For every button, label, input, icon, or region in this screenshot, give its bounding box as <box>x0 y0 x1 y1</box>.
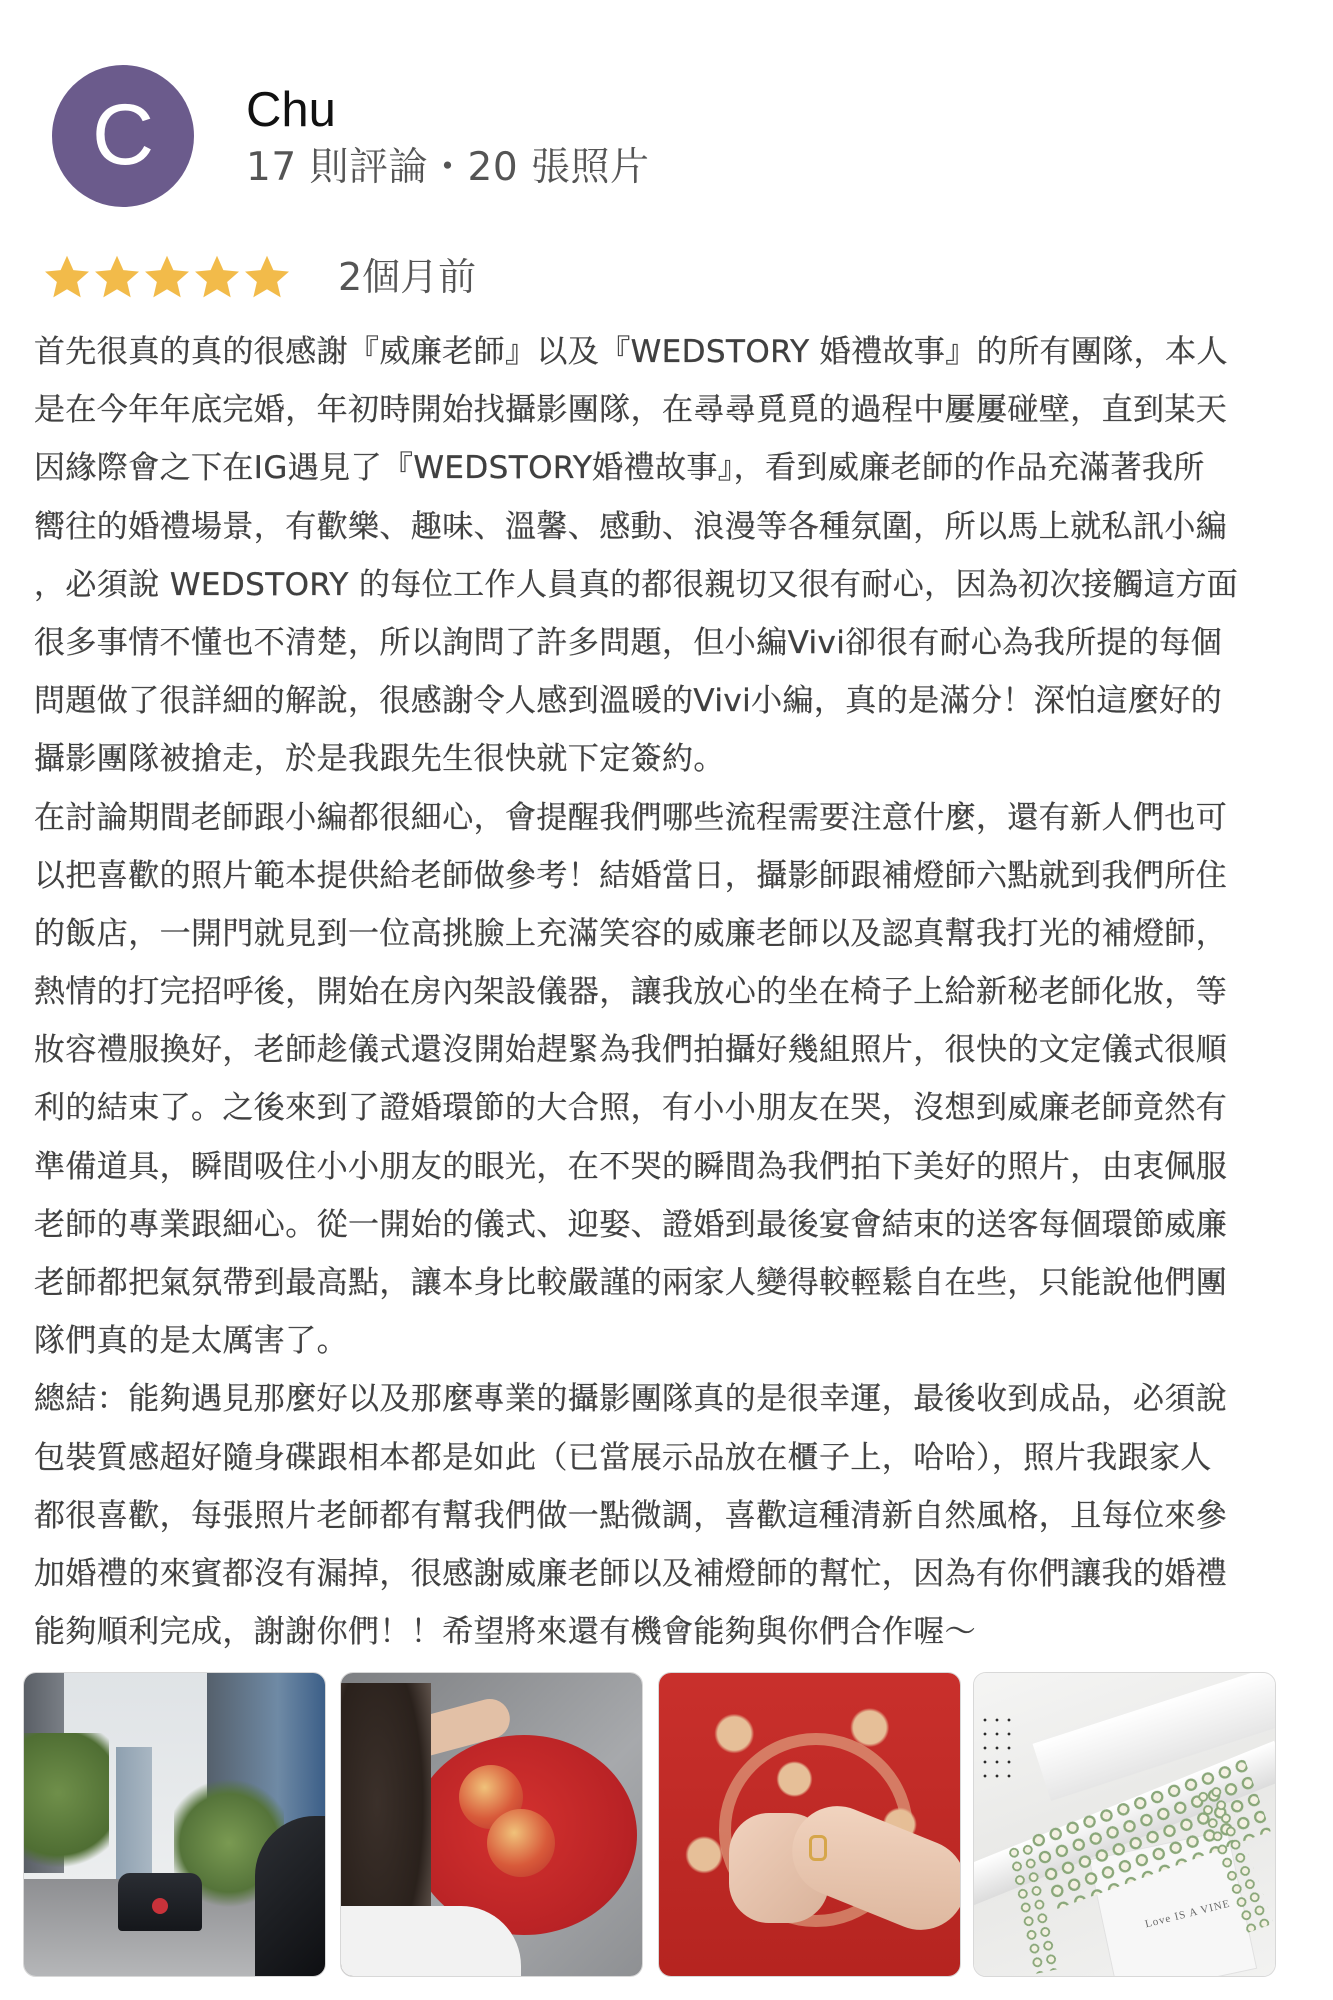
review-line: 老師的專業跟細心。從一開始的儀式、迎娶、證婚到最後宴會結束的送客每個環節威廉 <box>34 1196 1324 1254</box>
reviewer-name[interactable]: Chu <box>246 82 336 138</box>
review-line: 總結：能夠遇見那麼好以及那麼專業的攝影團隊真的是很幸運，最後收到成品，必須說 <box>34 1370 1324 1428</box>
reviewer-meta: 17 則評論・20 張照片 <box>246 145 650 191</box>
photo-wedding-car[interactable] <box>23 1672 326 1977</box>
photo-wedding-decor[interactable]: Love IS A VINE <box>973 1672 1276 1977</box>
review-time: 2個月前 <box>338 250 476 304</box>
avatar[interactable]: C <box>52 65 194 207</box>
review-line: 問題做了很詳細的解說，很感謝令人感到溫暖的Vivi小編，真的是滿分！深怕這麼好的 <box>34 672 1324 730</box>
star-icon <box>142 252 192 302</box>
rating-row: 2個月前 <box>42 250 476 304</box>
review-line: 以把喜歡的照片範本提供給老師做參考！結婚當日，攝影師跟補燈師六點就到我們所住 <box>34 847 1324 905</box>
review-line: 很多事情不懂也不清楚，所以詢問了許多問題，但小編Vivi卻很有耐心為我所提的每個 <box>34 614 1324 672</box>
review-line: 因緣際會之下在IG遇見了『WEDSTORY婚禮故事』，看到威廉老師的作品充滿著我… <box>34 439 1324 497</box>
review-line: 攝影團隊被搶走，於是我跟先生很快就下定簽約。 <box>34 730 1324 788</box>
review-line: 準備道具，瞬間吸住小小朋友的眼光，在不哭的瞬間為我們拍下美好的照片，由衷佩服 <box>34 1138 1324 1196</box>
photo-ring-exchange[interactable] <box>658 1672 961 1977</box>
review-photos: Love IS A VINE <box>23 1672 1283 1978</box>
review-line: 嚮往的婚禮場景，有歡樂、趣味、溫馨、感動、浪漫等各種氛圍，所以馬上就私訊小編 <box>34 498 1324 556</box>
review-line: 首先很真的真的很感謝『威廉老師』以及『WEDSTORY 婚禮故事』的所有團隊，本… <box>34 323 1324 381</box>
review-line: 利的結束了。之後來到了證婚環節的大合照，有小小朋友在哭，沒想到威廉老師竟然有 <box>34 1079 1324 1137</box>
star-icon <box>92 252 142 302</box>
review-line: 隊們真的是太厲害了。 <box>34 1312 1324 1370</box>
review-card: C Chu 17 則評論・20 張照片 2個月前 首先很真的真的很感謝『威廉老師… <box>0 0 1333 2000</box>
star-rating <box>42 252 292 302</box>
review-line: 妝容禮服換好，老師趁儀式還沒開始趕緊為我們拍攝好幾組照片，很快的文定儀式很順 <box>34 1021 1324 1079</box>
review-line: 都很喜歡，每張照片老師都有幫我們做一點微調，喜歡這種清新自然風格，且每位來參 <box>34 1487 1324 1545</box>
review-line: 包裝質感超好隨身碟跟相本都是如此（已當展示品放在櫃子上，哈哈），照片我跟家人 <box>34 1429 1324 1487</box>
review-text: 首先很真的真的很感謝『威廉老師』以及『WEDSTORY 婚禮故事』的所有團隊，本… <box>34 323 1324 1661</box>
star-icon <box>42 252 92 302</box>
review-line: 的飯店，一開門就見到一位高挑臉上充滿笑容的威廉老師以及認真幫我打光的補燈師， <box>34 905 1324 963</box>
review-line: ，必須說 WEDSTORY 的每位工作人員真的都很親切又很有耐心，因為初次接觸這… <box>34 556 1324 614</box>
avatar-letter: C <box>92 92 154 178</box>
review-line: 熱情的打完招呼後，開始在房內架設儀器，讓我放心的坐在椅子上給新秘老師化妝，等 <box>34 963 1324 1021</box>
review-line: 是在今年年底完婚，年初時開始找攝影團隊，在尋尋覓覓的過程中屢屢碰壁，直到某天 <box>34 381 1324 439</box>
photo-apple-tray[interactable] <box>340 1672 643 1977</box>
star-icon <box>242 252 292 302</box>
review-line: 加婚禮的來賓都沒有漏掉，很感謝威廉老師以及補燈師的幫忙，因為有你們讓我的婚禮 <box>34 1545 1324 1603</box>
star-icon <box>192 252 242 302</box>
review-line: 老師都把氣氛帶到最高點，讓本身比較嚴謹的兩家人變得較輕鬆自在些，只能說他們團 <box>34 1254 1324 1312</box>
review-line: 能夠順利完成，謝謝你們！！希望將來還有機會能夠與你們合作喔～ <box>34 1603 1324 1661</box>
review-line: 在討論期間老師跟小編都很細心，會提醒我們哪些流程需要注意什麼，還有新人們也可 <box>34 789 1324 847</box>
